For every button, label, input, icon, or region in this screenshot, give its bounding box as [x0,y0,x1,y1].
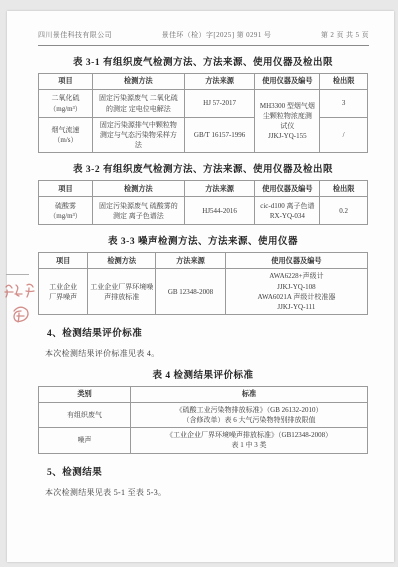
column-header: 检测方法 [92,181,184,197]
company-name: 四川景佳科技有限公司 [38,30,112,40]
table-cell: MH3300 型烟气烟 尘颗粒物浓度测 试仪 JJKJ-YQ-155 [255,90,320,153]
section-5-body: 本次检测结果见表 5-1 至表 5-3。 [45,487,368,498]
table-cell: 《硫酸工业污染物排放标准》（GB 26132-2010） （含修改单）表 6 大… [131,402,368,427]
table-3-3-title: 表 3-3 噪声检测方法、方法来源、使用仪器 [38,233,368,247]
table-3-3: 项目 检测方法 方法来源 使用仪器及编号 工业企业 厂界噪声 工业企业厂界环境噪… [38,252,368,315]
column-header: 使用仪器及编号 [225,253,367,269]
page-content: 表 3-1 有组织废气检测方法、方法来源、使用仪器及检出限 项目 检测方法 方法… [38,54,368,498]
table-row: 类别 标准 [39,386,368,402]
table-cell: GB/T 16157-1996 [184,118,255,153]
section-5-heading: 5、检测结果 [47,464,368,478]
page-header: 四川景佳科技有限公司 景佳环（检）字[2025] 第 0291 号 第 2 页 … [38,30,369,46]
column-header: 项目 [39,253,88,269]
table-cell: 0.2 [320,197,368,225]
table-cell: / [320,118,368,153]
section-4-body: 本次检测结果评价标准见表 4。 [45,348,368,359]
column-header: 类别 [39,386,131,402]
table-row: 二氧化硫 （mg/m³） 固定污染源废气 二氧化硫 的测定 定电位电解法 HJ … [39,90,368,118]
table-4: 类别 标准 有组织废气 《硫酸工业污染物排放标准》（GB 26132-2010）… [38,386,368,454]
table-cell: GB 12348-2008 [156,269,226,315]
table-row: 项目 检测方法 方法来源 使用仪器及编号 检出限 [39,181,368,197]
table-row: 工业企业 厂界噪声 工业企业厂界环境噪 声排放标准 GB 12348-2008 … [39,269,368,315]
table-cell: 固定污染源废气 硫酸雾的 测定 离子色谱法 [92,197,184,225]
red-scribble-icon [1,278,39,340]
table-3-1: 项目 检测方法 方法来源 使用仪器及编号 检出限 二氧化硫 （mg/m³） 固定… [38,73,368,153]
column-header: 方法来源 [184,74,255,90]
table-3-1-title: 表 3-1 有组织废气检测方法、方法来源、使用仪器及检出限 [38,54,368,68]
column-header: 项目 [39,181,93,197]
table-cell: 二氧化硫 （mg/m³） [39,90,93,118]
table-cell: cic-d100 离子色谱 RX-YQ-034 [255,197,320,225]
table-cell: 《工业企业厂界环境噪声排放标准》（GB12348-2008） 表 1 中 3 类 [131,428,368,453]
handwritten-annotation [1,274,39,345]
table-3-2-title: 表 3-2 有组织废气检测方法、方法来源、使用仪器及检出限 [38,161,368,175]
table-cell: 工业企业厂界环境噪 声排放标准 [88,269,156,315]
table-row: 噪声 《工业企业厂界环境噪声排放标准》（GB12348-2008） 表 1 中 … [39,428,368,453]
table-cell: 硫酸雾 （mg/m³） [39,197,93,225]
column-header: 使用仪器及编号 [255,181,320,197]
column-header: 方法来源 [156,253,226,269]
table-cell: 有组织废气 [39,402,131,427]
table-4-title: 表 4 检测结果评价标准 [38,367,368,381]
page-number: 第 2 页 共 5 页 [321,30,369,40]
table-cell: AWA6228+声级计 JJKJ-YQ-108 AWA6021A 声级计校准器 … [225,269,367,315]
table-3-2: 项目 检测方法 方法来源 使用仪器及编号 检出限 硫酸雾 （mg/m³） 固定污… [38,180,368,225]
column-header: 方法来源 [184,181,255,197]
table-cell: HJ544-2016 [184,197,255,225]
table-row: 项目 检测方法 方法来源 使用仪器及编号 检出限 [39,74,368,90]
column-header: 检测方法 [92,74,184,90]
document-page: 四川景佳科技有限公司 景佳环（检）字[2025] 第 0291 号 第 2 页 … [7,11,394,562]
table-cell: 噪声 [39,428,131,453]
table-row: 硫酸雾 （mg/m³） 固定污染源废气 硫酸雾的 测定 离子色谱法 HJ544-… [39,197,368,225]
column-header: 项目 [39,74,93,90]
column-header: 检测方法 [88,253,156,269]
table-cell: HJ 57-2017 [184,90,255,118]
report-number: 景佳环（检）字[2025] 第 0291 号 [162,30,272,40]
table-row: 项目 检测方法 方法来源 使用仪器及编号 [39,253,368,269]
table-cell: 3 [320,90,368,118]
table-cell: 工业企业 厂界噪声 [39,269,88,315]
table-cell: 固定污染源废气 二氧化硫 的测定 定电位电解法 [92,90,184,118]
margin-fold-mark [6,274,29,275]
column-header: 使用仪器及编号 [255,74,320,90]
section-4-heading: 4、检测结果评价标准 [47,325,368,339]
table-cell: 烟气流速 （m/s） [39,118,93,153]
column-header: 检出限 [320,181,368,197]
column-header: 检出限 [320,74,368,90]
column-header: 标准 [131,386,368,402]
table-row: 有组织废气 《硫酸工业污染物排放标准》（GB 26132-2010） （含修改单… [39,402,368,427]
table-cell: 固定污染源排气中颗粒物 测定与气态污染物采样方 法 [92,118,184,153]
